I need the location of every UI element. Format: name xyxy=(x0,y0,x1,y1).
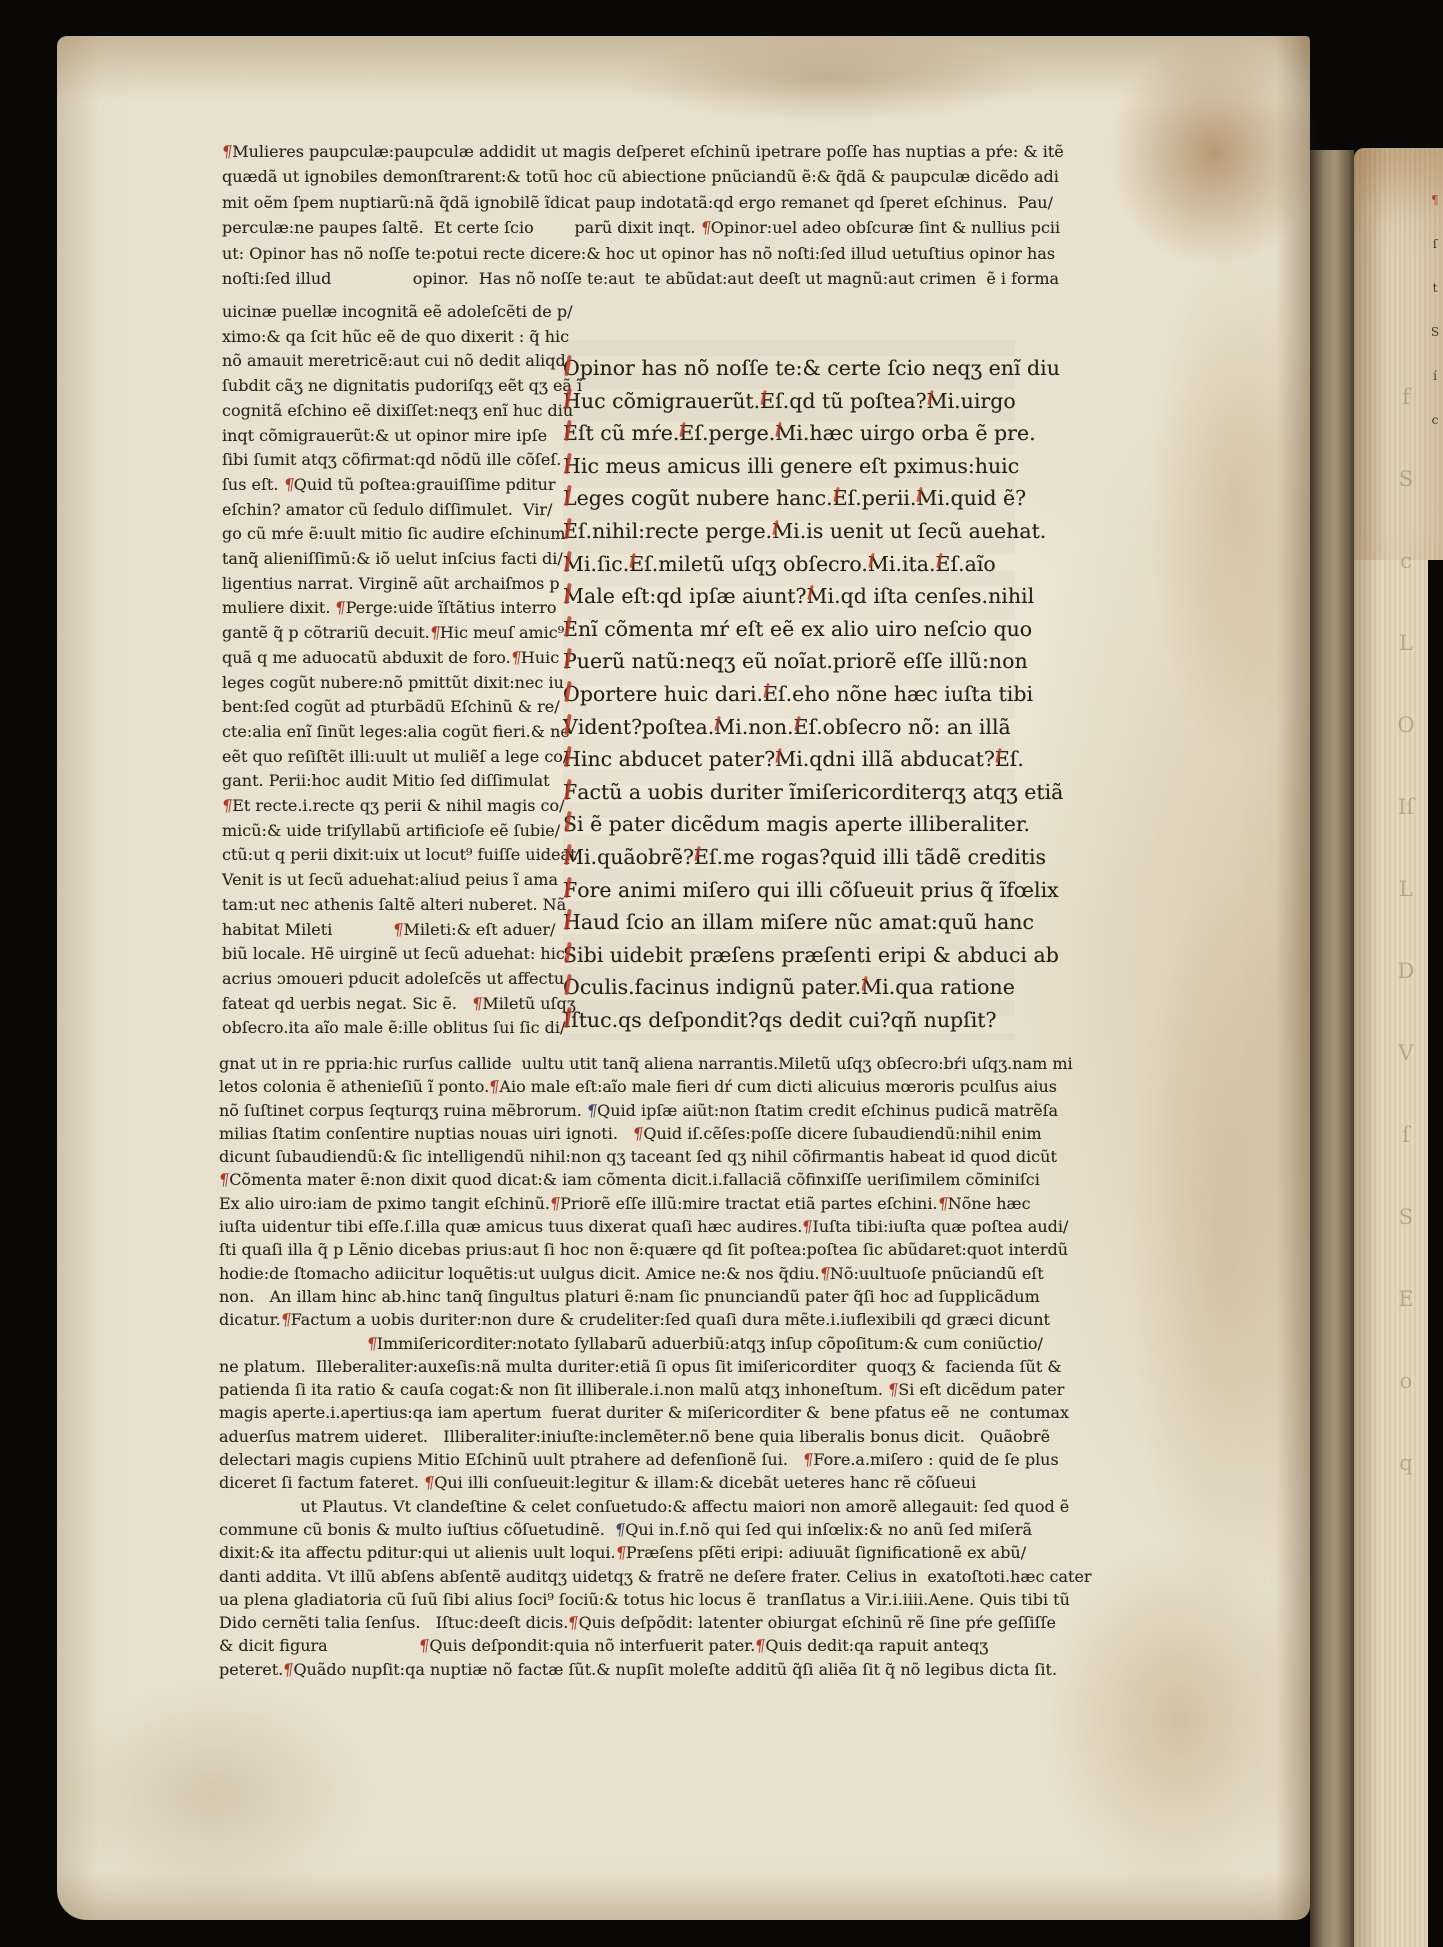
text-line: Mi.ſic.Eſ.miletũ uſqʒ obſecro.Mi.ita.Eſ.… xyxy=(563,548,1018,581)
text-line: ſibi ſumit atqʒ cõfirmat:qd nõdũ ille cõ… xyxy=(222,448,570,473)
text-line: ¶ xyxy=(1431,193,1439,207)
text-line: ſ xyxy=(1433,237,1437,251)
paraph-mark: ¶ xyxy=(614,1541,627,1564)
text-line: Eſt cũ mŕe.Eſ.perge.Mi.hæc uirgo orba ẽ … xyxy=(563,417,1018,450)
speaker-abbrev: Mi. xyxy=(927,385,961,418)
text-line: V xyxy=(1398,1041,1413,1065)
text-line: danti addita. Vt illũ abſens abſentẽ aud… xyxy=(219,1565,1031,1588)
text-line: ſus eſt. ¶Quid tũ poſtea:grauiſſime pdit… xyxy=(222,473,570,498)
paraph-mark: ¶ xyxy=(699,215,713,240)
text-line: Oculis.facinus indignũ pater.Mi.qua rati… xyxy=(563,971,1018,1004)
text-line: iuſta uidentur tibi eſſe.ſ.illa quæ amic… xyxy=(219,1215,1031,1238)
text-line: quã q me aduocatũ abduxit de foro.¶Huic xyxy=(222,646,570,671)
text-line: t xyxy=(1433,281,1438,295)
speaker-abbrev: Eſ. xyxy=(763,678,792,711)
text-line: & dicit figura ¶Quis deſpondit:quia nõ i… xyxy=(219,1634,1031,1657)
text-line: magis aperte.i.apertius:qa iam apertum f… xyxy=(219,1401,1031,1424)
speaker-abbrev: Mi. xyxy=(868,548,902,581)
text-line: fateat qd uerbis negat. Sic ẽ. ¶Miletũ u… xyxy=(222,992,570,1017)
rubricated-initial: O xyxy=(563,352,580,385)
paraph-mark: ¶ xyxy=(392,918,406,943)
text-line: cte:alia enĩ ſinũt leges:alia cogũt fier… xyxy=(222,720,570,745)
paraph-mark-blue: ¶ xyxy=(585,1099,598,1122)
text-line: micũ:& uide triſyllabũ artificioſe eẽ ſu… xyxy=(222,819,570,844)
paraph-mark: ¶ xyxy=(422,1471,435,1494)
paraph-mark: ¶ xyxy=(818,1262,831,1285)
text-line: S xyxy=(1399,467,1413,491)
rubricated-initial: V xyxy=(563,711,578,744)
text-line: dicunt ſubaudiendũ:& ſic intelligendũ ni… xyxy=(219,1145,1031,1168)
text-line: c xyxy=(1400,549,1412,573)
text-line: Huc cõmigrauerũt.Eſ.qd tũ poſtea?Mi.uirg… xyxy=(563,385,1018,418)
rubricated-initial: O xyxy=(563,971,580,1004)
paraph-mark: ¶ xyxy=(801,1215,814,1238)
text-line: Opinor has nõ noſſe te:& certe ſcio neqʒ… xyxy=(563,352,1018,385)
text-line: gnat ut in re ppria:hic rurſus callide u… xyxy=(219,1052,1031,1075)
commentary-bottom-block: gnat ut in re ppria:hic rurſus callide u… xyxy=(219,1052,1031,1681)
paraph-mark: ¶ xyxy=(428,621,442,646)
book-scan: fScLOIſLDVſSEoq ¶ſtSíc ¶Mulieres paupcul… xyxy=(0,0,1443,1947)
speaker-abbrev: Mi. xyxy=(916,482,950,515)
text-line: Eſ.nihil:recte perge.Mi.is uenit ut ſecũ… xyxy=(563,515,1018,548)
text-line: eſchin? amator cũ ſedulo diſſimulet. Vir… xyxy=(222,498,570,523)
speaker-abbrev: Mi. xyxy=(714,711,748,744)
text-line: non. An illam hinc ab.hinc tanq̃ ſingult… xyxy=(219,1285,1031,1308)
speaker-abbrev: Eſ. xyxy=(833,482,862,515)
text-line: Si ẽ pater dicẽdum magis aperte illibera… xyxy=(563,808,1018,841)
text-line: peteret.¶Quãdo nupſit:qa nuptiæ nõ factæ… xyxy=(219,1658,1031,1681)
text-line: ſ xyxy=(1402,1123,1410,1147)
text-line: ſubdit cãʒ ne dignitatis pudoriſqʒ eẽt q… xyxy=(222,374,570,399)
paraph-mark: ¶ xyxy=(418,1634,431,1657)
text-line: L xyxy=(1399,631,1413,655)
paraph-mark: ¶ xyxy=(365,1332,378,1355)
commentary-left-column: uicinæ puellæ incognitã eẽ adoleſcẽti de… xyxy=(222,300,570,1041)
text-line: ctũ:ut q perii dixit:uix ut locut⁹ fuiſſ… xyxy=(222,843,570,868)
gutter-fold xyxy=(1310,150,1354,1947)
paraph-mark: ¶ xyxy=(279,1308,292,1331)
text-line: S xyxy=(1431,325,1439,339)
rubricated-initial: M xyxy=(563,841,584,874)
speaker-abbrev: Eſ. xyxy=(995,743,1024,776)
text-line: nõ ſuſtinet corpus ſeqturqʒ ruina mẽbror… xyxy=(219,1099,1031,1122)
text-line: ſti quaſi illa q̃ p Lẽnio dicebas prius:… xyxy=(219,1238,1031,1261)
rubricated-initial: F xyxy=(563,776,577,809)
text-line: D xyxy=(1398,959,1415,983)
text-line: perculæ:ne paupes ſaltẽ. Et certe ſcio p… xyxy=(222,215,1027,240)
text-line: q xyxy=(1399,1451,1412,1475)
text-line: Sibi uidebit præſens præſenti eripi & ab… xyxy=(563,939,1018,972)
rubricated-initial: H xyxy=(563,743,581,776)
text-line: eẽt quo reſiſtẽt illi:uult ut muliẽſ a l… xyxy=(222,745,570,770)
text-line: Hic meus amicus illi genere eſt pximus:h… xyxy=(563,450,1018,483)
text-line: Mi.quãobrẽ?Eſ.me rogas?quid illi tãdẽ cr… xyxy=(563,841,1018,874)
text-line: Fore animi miſero qui illi cõſueuit priu… xyxy=(563,874,1018,907)
paraph-mark: ¶ xyxy=(886,1378,899,1401)
text-line: tam:ut nec athenis ſaltẽ alteri nuberet.… xyxy=(222,893,570,918)
text-line: uicinæ puellæ incognitã eẽ adoleſcẽti de… xyxy=(222,300,570,325)
facing-page-showthrough-glyphs: fScLOIſLDVſSEoq xyxy=(1384,385,1428,1475)
play-text-column: Opinor has nõ noſſe te:& certe ſcio neqʒ… xyxy=(563,352,1018,1036)
text-line: hodie:de ſtomacho adiicitur loquẽtis:ut … xyxy=(219,1262,1031,1285)
text-line: ligentius narrat. Virginẽ aũt archaiſmos… xyxy=(222,572,570,597)
rubricated-initial: H xyxy=(563,906,581,939)
rubricated-initial: E xyxy=(563,417,578,450)
text-line: biũ locale. Hẽ uirginẽ ut ſecũ aduehat: … xyxy=(222,942,570,967)
speaker-abbrev: Eſ. xyxy=(679,417,708,450)
rubricated-initial: S xyxy=(563,939,577,972)
text-line: L xyxy=(1399,877,1413,901)
text-line: leges cogũt nubere:nõ pmittũt dixit:nec … xyxy=(222,671,570,696)
paraph-mark: ¶ xyxy=(488,1075,501,1098)
speaker-abbrev: Eſ. xyxy=(760,385,789,418)
text-line: Enĩ cõmenta mŕ eſt eẽ ex alio uiro neſci… xyxy=(563,613,1018,646)
text-line: ne platum. Illeberaliter:auxeſis:nã mult… xyxy=(219,1355,1031,1378)
paraph-mark: ¶ xyxy=(509,646,523,671)
text-line: Oportere huic dari.Eſ.eho nõne hæc iuſta… xyxy=(563,678,1018,711)
text-line: Iſtuc.qs deſpondit?qs dedit cui?qñ nupſi… xyxy=(563,1004,1018,1037)
text-line: obſecro.ita aĩo male ẽ:ille oblitus ſui … xyxy=(222,1016,570,1041)
paraph-mark: ¶ xyxy=(217,1168,230,1191)
paraph-mark: ¶ xyxy=(567,1611,580,1634)
text-line: milias ſtatim conſentire nuptias nouas u… xyxy=(219,1122,1031,1145)
facing-page-text-sliver: ¶ſtSíc xyxy=(1428,193,1442,427)
paraph-mark: ¶ xyxy=(220,139,234,164)
text-line: Venit is ut ſecũ aduehat:aliud peius ĩ a… xyxy=(222,868,570,893)
text-line: commune cũ bonis & multo iuſtius cõſuetu… xyxy=(219,1518,1031,1541)
text-line: ¶Cõmenta mater ẽ:non dixit quod dicat:& … xyxy=(219,1168,1031,1191)
text-line: gant. Perii:hoc audit Mitio ſed diſſimul… xyxy=(222,769,570,794)
text-line: í xyxy=(1433,369,1437,383)
text-line: O xyxy=(1397,713,1414,737)
text-line: aduerſus matrem uideret. Illiberaliter:i… xyxy=(219,1425,1031,1448)
paraph-mark: ¶ xyxy=(220,794,234,819)
text-line: o xyxy=(1400,1369,1413,1393)
text-line: quædã ut ignobiles demonſtrarent:& totũ … xyxy=(222,164,1027,189)
rubricated-initial: I xyxy=(563,1004,571,1037)
text-line: f xyxy=(1402,385,1410,409)
text-line: Ex alio uiro:iam de pximo tangit eſchinũ… xyxy=(219,1192,1031,1215)
text-line: go cũ mŕe ẽ:uult mitio ſic audire eſchin… xyxy=(222,522,570,547)
rubricated-initial: M xyxy=(563,548,584,581)
paraph-mark: ¶ xyxy=(334,596,348,621)
text-line: gantẽ q̃ p cõtrariũ decuit.¶Hic meuſ ami… xyxy=(222,621,570,646)
rubricated-initial: O xyxy=(563,678,580,711)
text-line: letos colonia ẽ athenieſiũ ĩ ponto.¶Aio … xyxy=(219,1075,1031,1098)
text-line: Vident?poſtea.Mi.non.Eſ.obſecro nõ: an i… xyxy=(563,711,1018,744)
text-line: inqt cõmigrauerũt:& ut opinor mire ipſe xyxy=(222,424,570,449)
text-line: ¶Mulieres paupculæ:paupculæ addidit ut m… xyxy=(222,139,1027,164)
text-line: noſti:ſed illud opinor. Has nõ noſſe te:… xyxy=(222,266,1027,291)
text-line: ut: Opinor has nõ noſſe te:potui recte d… xyxy=(222,241,1027,266)
speaker-abbrev: Eſ. xyxy=(936,548,965,581)
text-line: Iſ xyxy=(1398,795,1414,819)
paraph-mark: ¶ xyxy=(282,473,296,498)
text-line: nõ amauit meretricẽ:aut cui nõ dedit ali… xyxy=(222,349,570,374)
paraph-mark: ¶ xyxy=(802,1448,815,1471)
rubricated-initial: H xyxy=(563,385,581,418)
text-line: Hinc abducet pater?Mi.qdni illã abducat?… xyxy=(563,743,1018,776)
rubricated-initial: M xyxy=(563,580,584,613)
text-line: ut Plautus. Vt clandeſtine & celet conſu… xyxy=(219,1495,1031,1518)
commentary-top-block: ¶Mulieres paupculæ:paupculæ addidit ut m… xyxy=(222,139,1027,291)
speaker-abbrev: Mi. xyxy=(861,971,895,1004)
paraph-mark: ¶ xyxy=(754,1634,767,1657)
rubricated-initial: H xyxy=(563,450,581,483)
text-line: E xyxy=(1398,1287,1413,1311)
paraph-mark: ¶ xyxy=(548,1192,561,1215)
text-line: muliere dixit. ¶Perge:uide ĩſtãtius inte… xyxy=(222,596,570,621)
text-line: bent:ſed cogũt ad pturbãdũ Eſchinũ & re/ xyxy=(222,695,570,720)
text-line: ¶Et recte.i.recte qʒ perii & nihil magis… xyxy=(222,794,570,819)
text-line: Puerũ natũ:neqʒ eũ noĩat.priorẽ eſſe ill… xyxy=(563,645,1018,678)
speaker-abbrev: Eſ. xyxy=(694,841,723,874)
text-line: S xyxy=(1399,1205,1413,1229)
rubricated-initial: E xyxy=(563,515,578,548)
paraph-mark-blue: ¶ xyxy=(613,1518,626,1541)
rubricated-initial: S xyxy=(563,808,577,841)
text-line: Haud ſcio an illam miſere nũc amat:quũ h… xyxy=(563,906,1018,939)
speaker-abbrev: Mi. xyxy=(772,515,806,548)
text-line: ¶Immiſericorditer:notato ſyllabarũ aduer… xyxy=(219,1332,1031,1355)
paraph-mark: ¶ xyxy=(282,1658,295,1681)
text-line: cognitã eſchino eẽ dixiſſet:neqʒ enĩ huc… xyxy=(222,399,570,424)
speaker-abbrev: Mi. xyxy=(775,743,809,776)
text-line: Dido cernẽti talia ſenſus. Iſtuc:deeſt d… xyxy=(219,1611,1031,1634)
text-line: ua plena gladiatoria cũ ſuũ ſibi alius ſ… xyxy=(219,1588,1031,1611)
text-line: Male eſt:qd ipſæ aiunt?Mi.qd iſta cenſes… xyxy=(563,580,1018,613)
speaker-abbrev: Eſ. xyxy=(629,548,658,581)
speaker-abbrev: Mi. xyxy=(807,580,841,613)
text-line: c xyxy=(1432,413,1439,427)
text-line: delectari magis cupiens Mitio Eſchinũ uu… xyxy=(219,1448,1031,1471)
text-line: mit oẽm ſpem nuptiarũ:nã q̃dã ignobilẽ ĩ… xyxy=(222,190,1027,215)
speaker-abbrev: Mi. xyxy=(775,417,809,450)
text-line: habitat Mileti ¶Mileti:& eſt aduer/ xyxy=(222,918,570,943)
text-line: dicatur.¶Factum a uobis duriter:non dure… xyxy=(219,1308,1031,1331)
rubricated-initial: E xyxy=(563,613,578,646)
text-line: tanq̃ alieniſſimũ:& iõ uelut inſcius fac… xyxy=(222,547,570,572)
paraph-mark: ¶ xyxy=(632,1122,645,1145)
text-line: ximo:& qa ſcit hũc eẽ de quo dixerit : q… xyxy=(222,325,570,350)
rubricated-initial: L xyxy=(563,482,577,515)
rubricated-initial: P xyxy=(563,645,577,678)
text-line: Factũ a uobis duriter ĩmiſericorditerqʒ … xyxy=(563,776,1018,809)
paraph-mark: ¶ xyxy=(470,992,484,1017)
text-line: acrius ɔmoueri pducit adoleſcẽs ut affec… xyxy=(222,967,570,992)
speaker-abbrev: Eſ. xyxy=(794,711,823,744)
text-line: dixit:& ita affectu pditur:qui ut alieni… xyxy=(219,1541,1031,1564)
rubricated-initial: F xyxy=(563,874,577,907)
text-line: diceret ſi factum fateret. ¶Qui illi con… xyxy=(219,1471,1031,1494)
text-line: patienda ſi ita ratio & cauſa cogat:& no… xyxy=(219,1378,1031,1401)
paraph-mark: ¶ xyxy=(936,1192,949,1215)
text-line: Leges cogũt nubere hanc.Eſ.perii.Mi.quid… xyxy=(563,482,1018,515)
